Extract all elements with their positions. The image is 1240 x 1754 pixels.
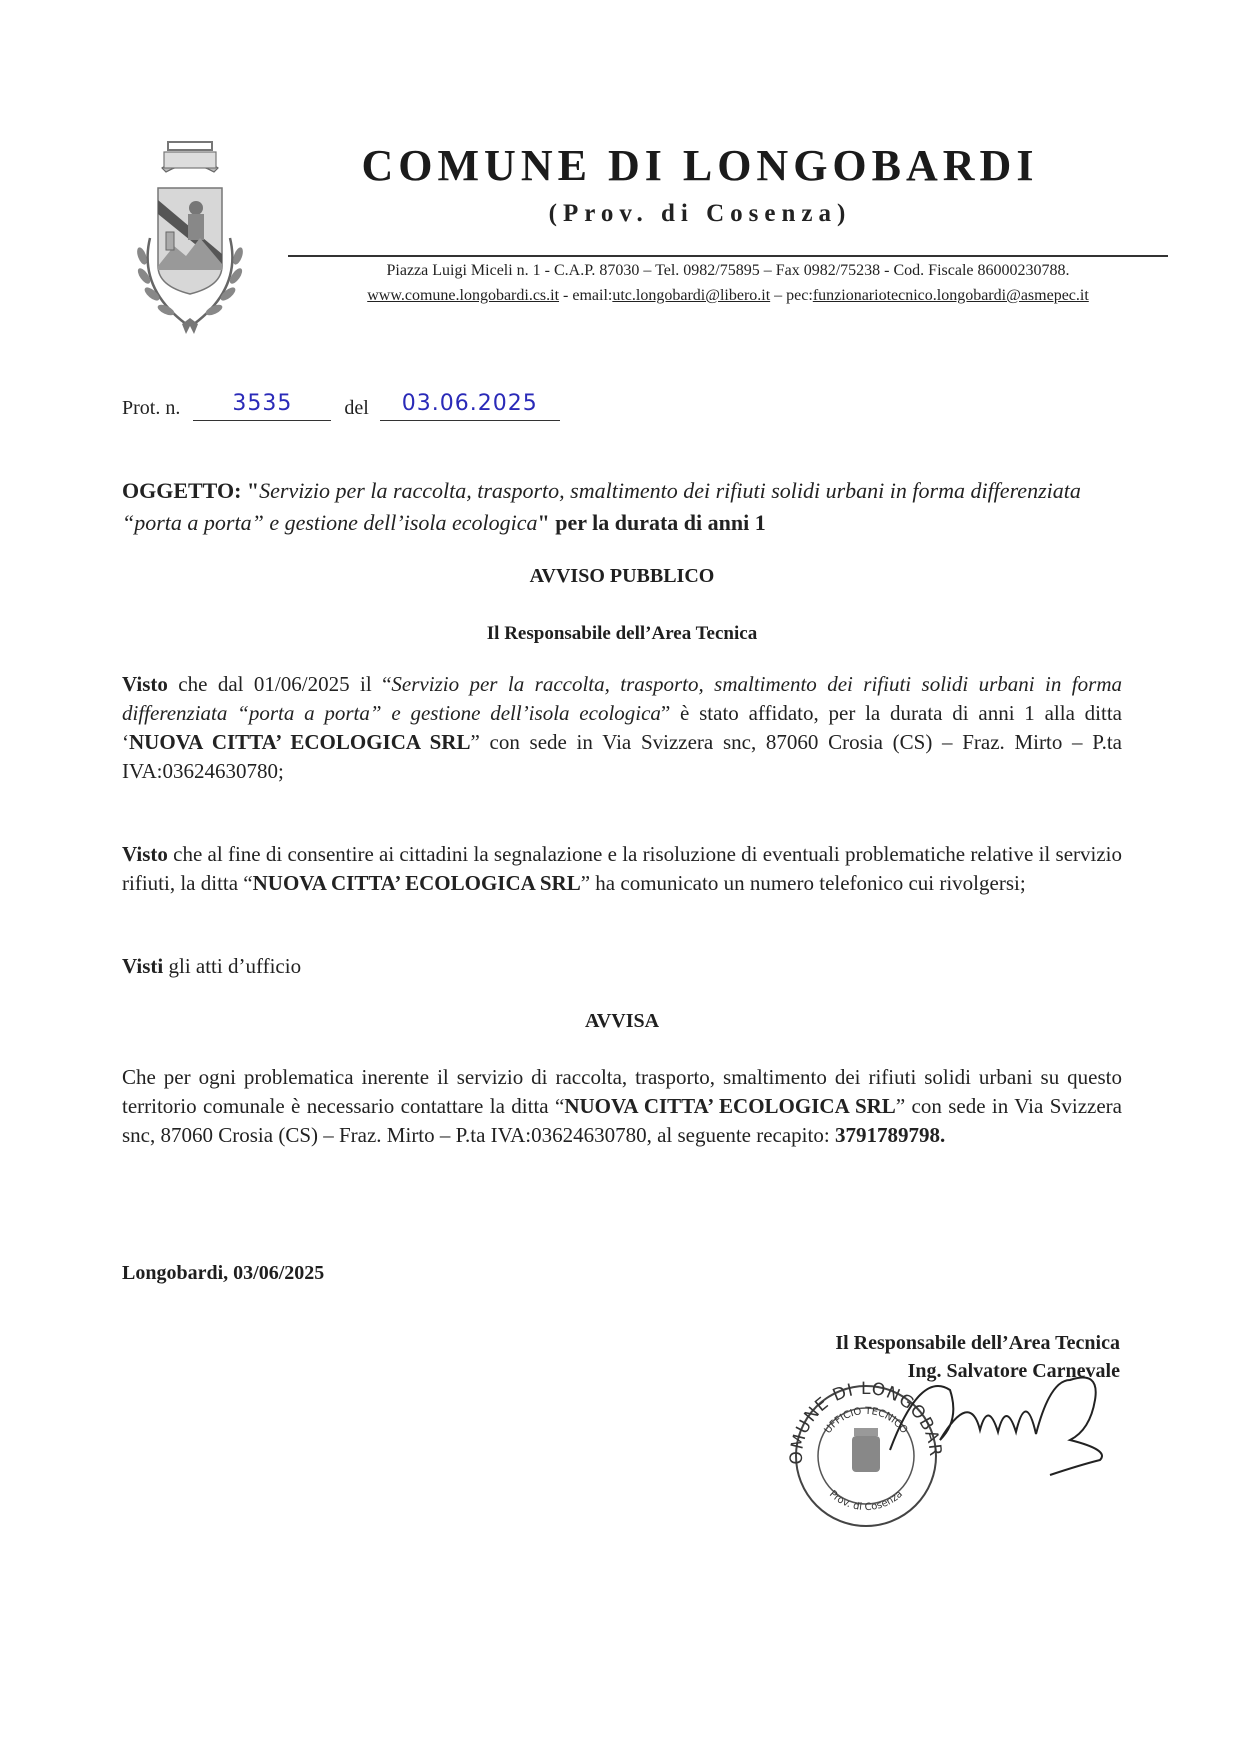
email-link[interactable]: utc.longobardi@libero.it [612,287,770,304]
visto1-text-a: che dal 01/06/2025 il “ [168,672,392,696]
email-label: - email: [559,287,612,304]
header-divider [288,255,1168,257]
visto-paragraph-1: Visto che dal 01/06/2025 il “Servizio pe… [122,670,1122,786]
heading-responsabile: Il Responsabile dell’Area Tecnica [122,623,1122,645]
protocol-date-field: 03.06.2025 [380,395,560,421]
heading-avviso-pubblico: AVVISO PUBBLICO [122,565,1122,588]
visti-text: gli atti d’ufficio [163,954,301,978]
protocol-number: 3535 [232,391,292,416]
subject-tail: per la durata di anni 1 [550,510,766,535]
place-and-date: Longobardi, 03/06/2025 [122,1262,324,1285]
protocol-date: 03.06.2025 [402,391,538,416]
subject-close-quote: " [538,510,550,535]
website-link[interactable]: www.comune.longobardi.cs.it [367,287,559,304]
pec-link[interactable]: funzionariotecnico.longobardi@asmepec.it [813,287,1089,304]
heading-avvisa: AVVISA [122,1010,1122,1033]
pec-label: – pec: [770,287,813,304]
notice-paragraph: Che per ogni problematica inerente il se… [122,1063,1122,1150]
visto-paragraph-2: Visto che al fine di consentire ai citta… [122,840,1122,898]
contact-phone: 3791789798. [835,1123,945,1147]
municipal-crest-icon [128,138,252,338]
signatory-role: Il Responsabile dell’Area Tecnica [700,1332,1120,1355]
protocol-label: Prot. n. [122,397,180,419]
visto-lead: Visto [122,672,168,696]
subject-label: OGGETTO: [122,478,241,503]
visto2-text-b: ” ha comunicato un numero telefonico cui… [581,871,1026,895]
protocol-number-field: 3535 [193,395,331,421]
company-name: NUOVA CITTA’ ECOLOGICA SRL [129,730,470,754]
subject-open-quote: " [241,478,259,503]
visti-lead: Visti [122,954,163,978]
company-name: NUOVA CITTA’ ECOLOGICA SRL [564,1094,896,1118]
protocol-line: Prot. n. 3535 del 03.06.2025 [122,395,560,421]
protocol-date-label: del [344,397,368,419]
visto-lead: Visto [122,842,168,866]
contact-address-line: Piazza Luigi Miceli n. 1 - C.A.P. 87030 … [288,262,1168,280]
subject-paragraph: OGGETTO: "Servizio per la raccolta, tras… [122,475,1122,539]
municipality-title: COMUNE DI LONGOBARDI [290,140,1110,191]
svg-text:Prov. di Cosenza: Prov. di Cosenza [827,1489,905,1513]
visti-paragraph: Visti gli atti d’ufficio [122,952,1122,981]
company-name: NUOVA CITTA’ ECOLOGICA SRL [253,871,581,895]
handwritten-signature-icon [880,1360,1140,1480]
province-subtitle: (Prov. di Cosenza) [290,200,1110,228]
contact-links-line: www.comune.longobardi.cs.it - email:utc.… [288,287,1168,305]
